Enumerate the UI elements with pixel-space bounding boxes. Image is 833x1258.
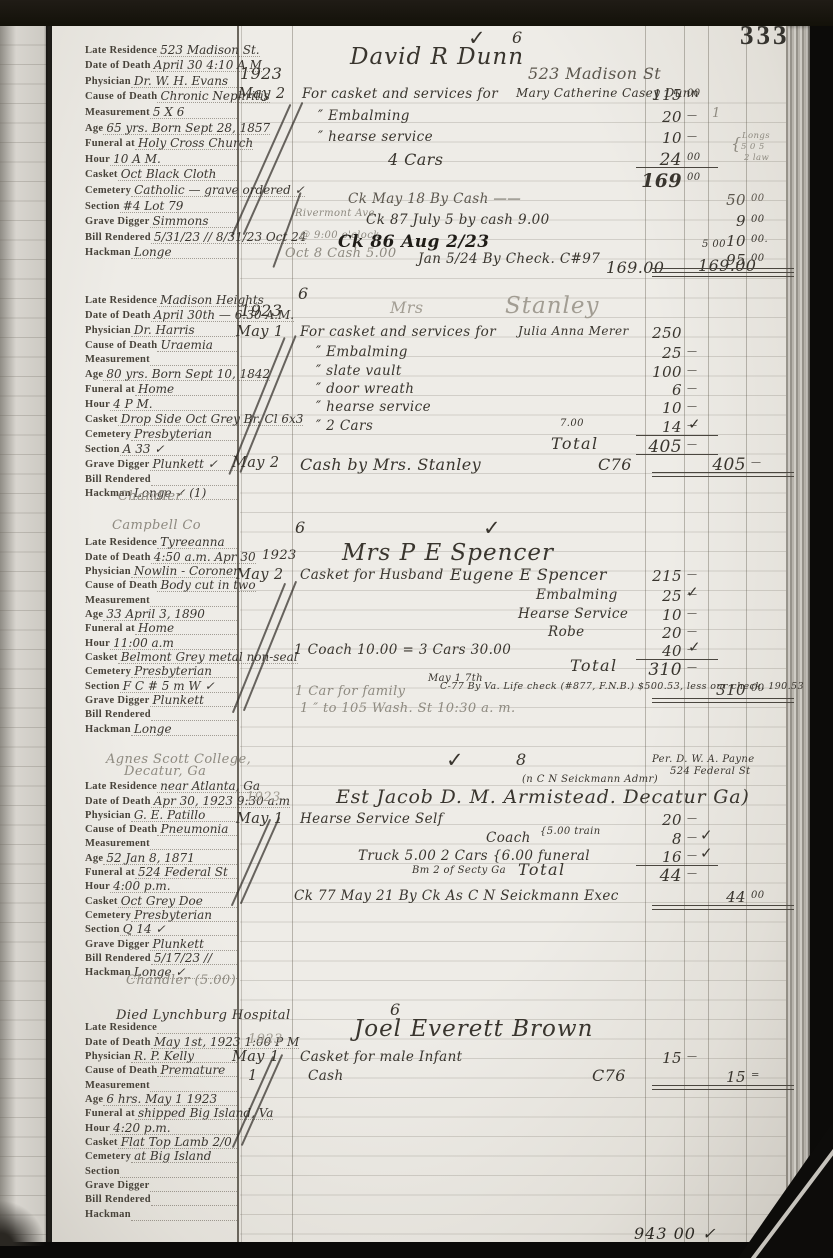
field-value	[120, 1177, 237, 1178]
total-rule	[652, 698, 794, 703]
amount-charge-dollars: 44	[600, 866, 682, 886]
amount-payment-dollars: 10	[694, 232, 746, 250]
handwritten-note: Died Lynchburg Hospital	[116, 1008, 291, 1023]
total-rule	[652, 905, 794, 910]
amount-charge-cents: —	[687, 832, 697, 843]
entry-date: May 1	[236, 324, 284, 340]
field-row: Bill Rendered	[85, 1191, 237, 1205]
ledger-line: Ck 86 Aug 2/231000.	[0, 232, 833, 252]
field-label: Date of Death	[85, 796, 151, 807]
entry-description: Robe	[548, 624, 585, 640]
entry-description: ″ door wreath	[316, 381, 414, 397]
amount-payment-dollars: 9	[694, 212, 746, 230]
amount-payment-cents: 00	[751, 890, 765, 901]
amount-payment-cents: 00	[751, 214, 765, 225]
field-row: PhysicianDr. W. H. Evans	[85, 71, 237, 87]
amount-charge-dollars: 16	[600, 848, 682, 866]
field-label: Date of Death	[85, 310, 151, 321]
field-row: Late Residencenear Atlanta, Ga	[85, 778, 237, 792]
amount-charge-dollars: 20	[600, 624, 682, 642]
amount-payment-dollars: 44	[694, 888, 746, 906]
amount-payment-dollars: 50	[694, 191, 746, 209]
entry-description: For casket and services for	[302, 86, 498, 102]
field-value	[151, 1205, 237, 1206]
amount-payment-dollars: 15	[694, 1068, 746, 1086]
amount-charge-cents: —	[687, 420, 697, 431]
deceased-name: David R Dunn	[350, 44, 524, 70]
handwritten-note: Decatur, Ga	[124, 764, 206, 779]
handwritten-note: 1923	[248, 1032, 283, 1047]
field-value: Flat Top Lamb 2/0	[118, 1137, 237, 1149]
amount-charge-cents: —	[687, 868, 697, 879]
entry-date: May 1	[236, 811, 284, 827]
amount-payment-cents: 00	[751, 193, 765, 204]
entry-date: May 2	[232, 455, 280, 471]
handwritten-note: Chandler (5.00)	[126, 973, 236, 988]
field-row: CasketFlat Top Lamb 2/0	[85, 1134, 237, 1148]
ledger-scan: 333 Late Residence523 Madison St.Date of…	[0, 0, 833, 1258]
field-value: Plunkett	[150, 939, 237, 951]
amount-charge-cents: —	[687, 626, 697, 637]
field-row: CemeteryPresbyterian	[85, 907, 237, 921]
ledger-line: May 1Casket for male Infant15—	[0, 1049, 833, 1069]
ledger-line: Ck 87 July 5 by cash 9.00900	[0, 212, 833, 232]
ledger-line: ″ slate vault100—	[0, 363, 833, 383]
entry-description: ″ slate vault	[316, 363, 402, 379]
handwritten-note: Per. D. W. A. Payne	[652, 754, 755, 765]
amount-charge-dollars: 14	[600, 418, 682, 436]
field-row: HackmanLonge	[85, 720, 237, 734]
entry-description: ″ Embalming	[318, 108, 410, 124]
field-row: Bill Rendered	[85, 706, 237, 720]
field-value	[151, 485, 237, 486]
entry-description: Coach	[486, 830, 531, 846]
field-value	[150, 1191, 237, 1192]
field-label: Grave Digger	[85, 1180, 150, 1191]
field-label: Grave Digger	[85, 939, 150, 950]
field-row: Hour4:20 p.m.	[85, 1119, 237, 1133]
field-label: Date of Death	[85, 1037, 151, 1048]
field-value: Longe	[131, 724, 237, 736]
field-row: Grave DiggerPlunkett	[85, 935, 237, 949]
field-row: Late ResidenceMadison Heights	[85, 291, 237, 306]
field-label: Date of Death	[85, 552, 151, 563]
ledger-line: Truck 5.00 2 Cars {6.00 funeral16—	[0, 848, 833, 868]
field-row: Bill Rendered5/17/23 //	[85, 950, 237, 964]
field-value: 6 hrs. May 1 1923	[103, 1094, 237, 1106]
field-label: Late Residence	[85, 295, 157, 306]
handwritten-note: Mrs	[390, 298, 423, 317]
field-label: Late Residence	[85, 781, 157, 792]
field-value	[131, 1220, 237, 1221]
total-rule	[636, 167, 718, 168]
entry-date: May 2	[236, 567, 284, 583]
amount-charge-dollars: 169	[600, 170, 682, 192]
field-row: Date of Death4:50 a.m. Apr 30	[85, 548, 237, 562]
field-row: Grave Digger	[85, 1177, 237, 1191]
amount-charge-dollars: 25	[600, 344, 682, 362]
amount-charge-cents: —	[687, 439, 697, 450]
amount-charge-dollars: 10	[600, 399, 682, 417]
amount-charge-dollars: 20	[600, 811, 682, 829]
ledger-line: 1 Coach 10.00 = 3 Cars 30.0040—	[0, 642, 833, 662]
field-label: Bill Rendered	[85, 953, 151, 964]
deceased-name: Joel Everett Brown	[354, 1016, 593, 1042]
ledger-line: 16900	[0, 170, 833, 190]
check-mark: ✓	[446, 748, 465, 772]
handwritten-note: 523 Madison St	[528, 64, 661, 83]
entry-description: ″ hearse service	[318, 129, 433, 145]
field-row: Funeral atshipped Big Island, Va	[85, 1105, 237, 1119]
field-label: Date of Death	[85, 60, 151, 71]
deceased-name: Mrs P E Spencer	[342, 540, 554, 566]
field-value: Tyreeanna	[157, 537, 237, 549]
handwritten-note: 1923	[262, 548, 297, 563]
field-value: at Big Island	[131, 1151, 237, 1163]
field-row: Late Residence523 Madison St.	[85, 40, 237, 56]
entry-date: May 2	[238, 86, 286, 102]
field-row: Hackman	[85, 1205, 237, 1219]
handwritten-note: 6	[298, 284, 309, 303]
ledger-line: Ck May 18 By Cash ——5000	[0, 191, 833, 211]
amount-payment-cents: —	[751, 457, 761, 468]
entry-description: 4 Cars	[388, 150, 443, 169]
total-rule	[652, 272, 794, 277]
ledger-line: ″ 2 Cars14—	[0, 418, 833, 438]
handwritten-note: 1923	[240, 301, 282, 320]
field-label: Hackman	[85, 724, 131, 735]
amount-payment-dollars: 310	[694, 681, 746, 699]
field-value: 523 Madison St.	[157, 45, 259, 57]
ledger-line: ″ hearse service10—	[0, 399, 833, 419]
ledger-line: ″ Embalming20—	[0, 108, 833, 128]
field-label: Casket	[85, 1137, 118, 1148]
total-rule	[636, 435, 718, 436]
handwritten-note: Campbell Co	[112, 518, 201, 533]
field-label: Bill Rendered	[85, 709, 151, 720]
ledger-line: Embalming25—	[0, 587, 833, 607]
amount-charge-cents: —	[687, 365, 697, 376]
amount-charge-dollars: 20	[600, 108, 682, 126]
field-value: 4:20 p.m.	[110, 1123, 237, 1135]
handwritten-note: 8	[516, 750, 527, 769]
ledger-line: 310—	[0, 660, 833, 680]
amount-charge-cents: —	[687, 589, 697, 600]
ledger-line: ″ Embalming25—	[0, 344, 833, 364]
amount-charge-cents: —	[687, 608, 697, 619]
ledger-line: May 2For casket and services forMary Cat…	[0, 86, 833, 106]
entry-date: 1	[248, 1068, 258, 1084]
amount-charge-dollars: 40	[600, 642, 682, 660]
field-value: 4:50 a.m. Apr 30	[151, 552, 256, 564]
amount-charge-dollars: 250	[600, 324, 682, 342]
field-value: 5/17/23 //	[151, 953, 237, 965]
total-rule	[652, 472, 794, 477]
field-value: near Atlanta, Ga	[157, 781, 260, 793]
field-row: Date of DeathApril 30 4:10 A M	[85, 56, 237, 72]
entry-description: Cash	[308, 1068, 344, 1084]
field-row: Section	[85, 1162, 237, 1176]
amount-charge-cents: —	[687, 401, 697, 412]
amount-charge-dollars: 15	[600, 1049, 682, 1067]
ledger-line: Coach8—	[0, 830, 833, 850]
entry-description: Ck May 18 By Cash ——	[348, 191, 521, 207]
amount-charge-cents: —	[687, 110, 697, 121]
entry-description: Cash by Mrs. Stanley	[300, 455, 481, 474]
field-label: Cemetery	[85, 910, 131, 921]
amount-charge-dollars: 10	[600, 129, 682, 147]
entry-description: For casket and services for	[300, 324, 496, 340]
amount-charge-dollars: 115	[600, 86, 682, 104]
ledger-line: C-77 By Va. Life check (#877, F.N.B.) $5…	[0, 681, 833, 701]
ledger-line	[0, 255, 833, 275]
field-label: Hackman	[85, 1209, 131, 1220]
field-label: Age	[85, 1094, 103, 1105]
entry-description: ″ hearse service	[316, 399, 431, 415]
amount-charge-dollars: 25	[600, 587, 682, 605]
ledger-line: Ck 77 May 21 By Ck As C N Seickmann Exec…	[0, 888, 833, 908]
field-label: Funeral at	[85, 1108, 135, 1119]
ledger-line: 4 Cars2400	[0, 150, 833, 170]
handwritten-note: (n C N Seickmann Admr)	[522, 774, 658, 785]
entry-description: Hearse Service Self	[300, 811, 443, 827]
ledger-line: May 1For casket and services forJulia An…	[0, 324, 833, 344]
field-row: Date of DeathMay 1st, 1923 1:00 P M	[85, 1033, 237, 1047]
amount-charge-cents: —	[687, 1051, 697, 1062]
entry-description: Ck 77 May 21 By Ck As C N Seickmann Exec	[294, 888, 619, 904]
amount-payment-cents: =	[751, 1070, 760, 1081]
amount-charge-dollars: 8	[600, 830, 682, 848]
deceased-name: Est Jacob D. M. Armistead. Decatur Ga)	[336, 786, 750, 808]
entry-description: ″ 2 Cars	[316, 418, 373, 434]
field-label: Late Residence	[85, 45, 157, 56]
handwritten-note: Chandler	[118, 489, 182, 504]
book-binding-top	[0, 0, 833, 26]
amount-payment-cents: 00	[751, 683, 765, 694]
field-label: Section	[85, 1166, 120, 1177]
ledger-line: ″ door wreath6—	[0, 381, 833, 401]
ledger-line: 1Cash15=	[0, 1068, 833, 1088]
field-label: Bill Rendered	[85, 474, 151, 485]
photo-background-bottom	[0, 1242, 833, 1258]
field-row: Cemeteryat Big Island	[85, 1148, 237, 1162]
field-value: Q 14 ✓	[120, 924, 237, 936]
ledger-line: Hearse Service10—	[0, 606, 833, 626]
handwritten-note: 1923	[240, 64, 282, 83]
ledger-line: ″ hearse service10—	[0, 129, 833, 149]
amount-charge-dollars: 215	[600, 567, 682, 585]
page-number: 333	[740, 20, 790, 51]
amount-charge-dollars: 6	[600, 381, 682, 399]
entry-description: ″ Embalming	[316, 344, 408, 360]
amount-charge-cents: 00	[687, 152, 701, 163]
handwritten-note: 1923	[246, 790, 281, 805]
field-label: Hackman	[85, 967, 131, 978]
amount-charge-cents: —	[687, 644, 697, 655]
entry-description: Casket for male Infant	[300, 1049, 463, 1065]
amount-charge-cents: —	[687, 346, 697, 357]
handwritten-note: 6	[295, 518, 306, 537]
check-mark: ✓	[483, 516, 502, 540]
total-rule	[652, 1085, 794, 1090]
amount-charge-cents: —	[687, 850, 697, 861]
entry-description: Truck 5.00 2 Cars {6.00 funeral	[358, 848, 590, 864]
entry-description: Ck 86 Aug 2/23	[338, 232, 489, 252]
amount-charge-cents: —	[687, 813, 697, 824]
entry-description: C-77 By Va. Life check (#877, F.N.B.) $5…	[440, 681, 804, 692]
amount-charge-cents: —	[687, 662, 697, 673]
amount-charge-dollars: 310	[600, 660, 682, 680]
ledger-line: May 2Cash by Mrs. Stanley405—	[0, 455, 833, 475]
field-label: Hour	[85, 1123, 110, 1134]
amount-charge-dollars: 100	[600, 363, 682, 381]
ledger-line: 405—	[0, 437, 833, 457]
field-label: Bill Rendered	[85, 1194, 151, 1205]
ledger-line: 44—	[0, 866, 833, 886]
corner-shadow	[0, 1200, 46, 1246]
amount-charge-cents: 00	[687, 88, 701, 99]
field-row: Late ResidenceTyreeanna	[85, 534, 237, 548]
entry-description: Casket for Husband	[300, 567, 444, 583]
ledger-line: May 2Casket for Husband215—	[0, 567, 833, 587]
ledger-line: May 1Hearse Service Self20—	[0, 811, 833, 831]
field-row: Date of DeathApril 30th — 6:30 A.M.	[85, 306, 237, 321]
field-row: SectionQ 14 ✓	[85, 921, 237, 935]
field-label: Cemetery	[85, 1151, 131, 1162]
amount-charge-cents: —	[687, 131, 697, 142]
amount-charge-cents: 00	[687, 172, 701, 183]
field-label: Late Residence	[85, 1022, 157, 1033]
field-label: Section	[85, 924, 120, 935]
handwritten-note: 524 Federal St	[670, 766, 750, 777]
entry-description: Ck 87 July 5 by cash 9.00	[366, 212, 550, 228]
field-row: Date of DeathApr 30, 1923 9:30 a.m	[85, 792, 237, 806]
field-value: Presbyterian	[131, 910, 237, 922]
page-total: 943 00 ✓	[634, 1224, 716, 1243]
handwritten-note: Stanley	[505, 293, 600, 319]
field-row: Age6 hrs. May 1 1923	[85, 1091, 237, 1105]
ledger-line: Robe20—	[0, 624, 833, 644]
entry-date: May 1	[232, 1049, 280, 1065]
entry-description: 1 Coach 10.00 = 3 Cars 30.00	[294, 642, 511, 658]
amount-charge-cents: —	[687, 569, 697, 580]
amount-charge-dollars: 10	[600, 606, 682, 624]
amount-payment-cents: 00.	[751, 234, 768, 245]
handwritten-note: 1 ″ to 105 Wash. St 10:30 a. m.	[300, 701, 516, 716]
field-label: Late Residence	[85, 537, 157, 548]
amount-charge-cents: —	[687, 383, 697, 394]
